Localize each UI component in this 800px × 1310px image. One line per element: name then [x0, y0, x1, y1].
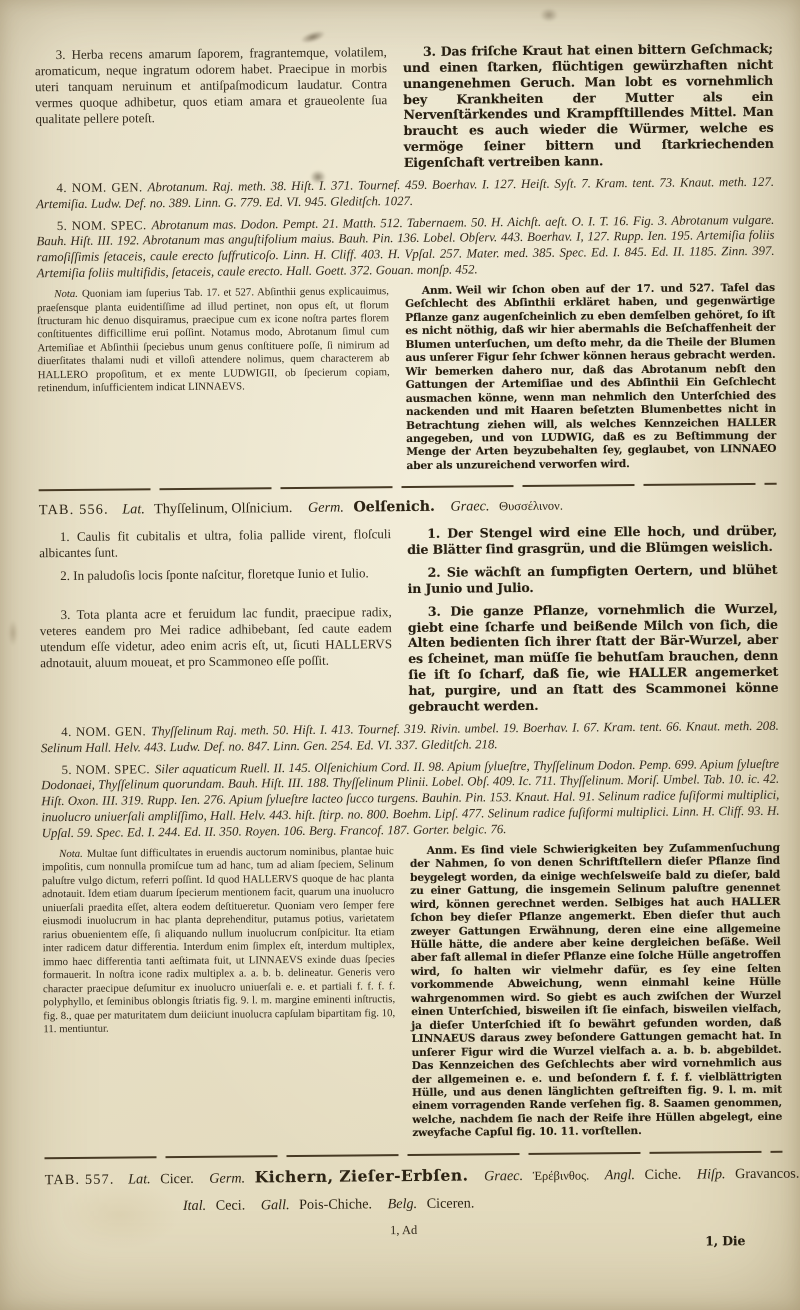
section-divider-rule	[39, 483, 777, 491]
tab-557-heading: TAB. 557. Lat. Cicer. Germ. Kichern, Zie…	[45, 1163, 783, 1190]
abrotanum-nota-row: Nota.Quoniam iam ſuperius Tab. 17. et 52…	[37, 282, 777, 477]
lat-name: Cicer.	[160, 1171, 194, 1187]
angl-label: Angl.	[605, 1167, 635, 1183]
ink-smudge	[8, 620, 18, 646]
nota-label: Nota.	[59, 848, 83, 860]
belg-label: Belg.	[388, 1196, 418, 1212]
tab-556-item-1-row: 1. Caulis fit cubitalis et ultra, folia …	[39, 523, 777, 562]
german-item-2: 2. Sie wächſt an ſumpfigten Oertern, und…	[407, 562, 777, 597]
nom-gen-citations: Thyſſelinum Raj. meth. 50. Hiſt. I. 413.…	[41, 719, 779, 755]
nom-spec-label: 5. NOM. SPEC.	[62, 762, 150, 777]
germ-label: Germ.	[308, 500, 344, 516]
anm-text: Es ſind viele Schwierigkeiten bey Zuſamm…	[410, 842, 782, 1140]
abrotanum-paragraph-3-row: 3. Herba recens amarum ſaporem, fragrant…	[35, 41, 774, 174]
nom-gen-label: 4. NOM. GEN.	[61, 724, 146, 739]
germ-name: Kichern, Zieſer-Erbſen.	[255, 1165, 469, 1186]
section-divider-rule	[44, 1151, 782, 1159]
german-paragraph-3: 3. Das friſche Kraut hat einen bittern G…	[403, 41, 774, 171]
tab-556-nota-row: Nota.Multae ſunt difficultates in eruend…	[42, 842, 783, 1144]
nom-spec-citations: Abrotanum mas. Dodon. Pempt. 21. Matth. …	[36, 212, 774, 280]
ital-name: Ceci.	[216, 1198, 246, 1214]
tab-556-nom-spec-line: 5. NOM. SPEC.Siler aquaticum Ruell. II. …	[41, 756, 780, 842]
belg-name: Ciceren.	[427, 1196, 475, 1212]
nota-label: Nota.	[54, 288, 78, 300]
lat-label: Lat.	[122, 502, 145, 518]
latin-item-3: 3. Tota planta acre et feruidum lac fund…	[40, 604, 393, 672]
german-anm-paragraph: Anm.Es ſind viele Schwierigkeiten bey Zu…	[410, 842, 783, 1141]
nom-gen-citations: Abrotanum. Raj. meth. 38. Hiſt. I. 371. …	[36, 175, 774, 211]
page-content: 3. Herba recens amarum ſaporem, fragrant…	[35, 41, 783, 1242]
anm-text: Weil wir ſchon oben auf der 17. und 527.…	[405, 282, 776, 472]
tab-556-nom-gen-line: 4. NOM. GEN.Thyſſelinum Raj. meth. 50. H…	[41, 719, 779, 757]
anm-label: Anm.	[422, 285, 452, 297]
ink-smudge	[540, 8, 558, 22]
graec-name: Θυσσέλινον.	[499, 499, 563, 514]
tab-number: TAB. 557.	[45, 1171, 115, 1188]
angl-name: Ciche.	[645, 1166, 682, 1182]
germ-label: Germ.	[209, 1170, 245, 1186]
ink-smudge	[299, 28, 327, 46]
nom-spec-label: 5. NOM. SPEC.	[57, 218, 147, 233]
latin-paragraph-3: 3. Herba recens amarum ſaporem, fragrant…	[35, 44, 388, 128]
graec-label: Graec.	[484, 1168, 523, 1184]
tab-556-item-2-row: 2. In paludoſis locis ſponte naſcitur, f…	[39, 562, 777, 600]
latin-nota-paragraph: Nota.Multae ſunt difficultates in eruend…	[42, 845, 396, 1037]
gall-name: Pois-Chiche.	[299, 1197, 372, 1214]
nom-gen-label: 4. NOM. GEN.	[56, 180, 142, 195]
abrotanum-nom-spec-line: 5. NOM. SPEC.Abrotanum mas. Dodon. Pempt…	[36, 212, 775, 282]
catchword-row: 1, Ad 1, Die	[45, 1219, 783, 1241]
book-page: 3. Herba recens amarum ſaporem, fragrant…	[0, 0, 800, 1310]
nota-text: Quoniam iam ſuperius Tab. 17. et 527. Ab…	[37, 285, 390, 394]
ital-label: Ital.	[183, 1198, 206, 1214]
latin-item-2: 2. In paludoſis locis ſponte naſcitur, f…	[39, 565, 391, 584]
german-item-1: 1. Der Stengel wird eine Elle hoch, und …	[407, 523, 777, 558]
hisp-name: Gravancos.	[735, 1165, 799, 1182]
latin-nota-paragraph: Nota.Quoniam iam ſuperius Tab. 17. et 52…	[37, 285, 390, 396]
german-anm-paragraph: Anm.Weil wir ſchon oben auf der 17. und …	[405, 282, 777, 474]
abrotanum-nom-gen-line: 4. NOM. GEN.Abrotanum. Raj. meth. 38. Hi…	[36, 175, 774, 213]
nom-spec-citations: Siler aquaticum Ruell. II. 145. Olſenich…	[41, 756, 779, 840]
latin-catchword: 1, Ad	[390, 1223, 417, 1239]
german-catchword: 1, Die	[705, 1233, 745, 1249]
hisp-label: Hiſp.	[697, 1166, 726, 1182]
lat-label: Lat.	[128, 1171, 151, 1187]
german-item-3: 3. Die ganze Pflanze, vornehmlich die Wu…	[408, 601, 779, 715]
graec-label: Graec.	[450, 499, 489, 515]
tab-557-heading-line-2: Ital. Ceci. Gall. Pois-Chiche. Belg. Cic…	[183, 1192, 783, 1216]
anm-label: Anm.	[427, 844, 457, 856]
latin-item-1: 1. Caulis fit cubitalis et ultra, folia …	[39, 526, 391, 561]
graec-name: Ἐρέβινθος.	[533, 1168, 590, 1182]
tab-number: TAB. 556.	[39, 502, 109, 519]
germ-name: Oelſenich.	[353, 499, 435, 516]
lat-name: Thyſſelinum, Olſnicium.	[154, 500, 292, 517]
nota-text: Multae ſunt difficultates in eruendis au…	[42, 845, 395, 1035]
tab-556-heading: TAB. 556. Lat. Thyſſelinum, Olſnicium. G…	[39, 495, 777, 520]
tab-556-item-3-row: 3. Tota planta acre et feruidum lac fund…	[40, 601, 779, 718]
gall-label: Gall.	[261, 1197, 290, 1213]
